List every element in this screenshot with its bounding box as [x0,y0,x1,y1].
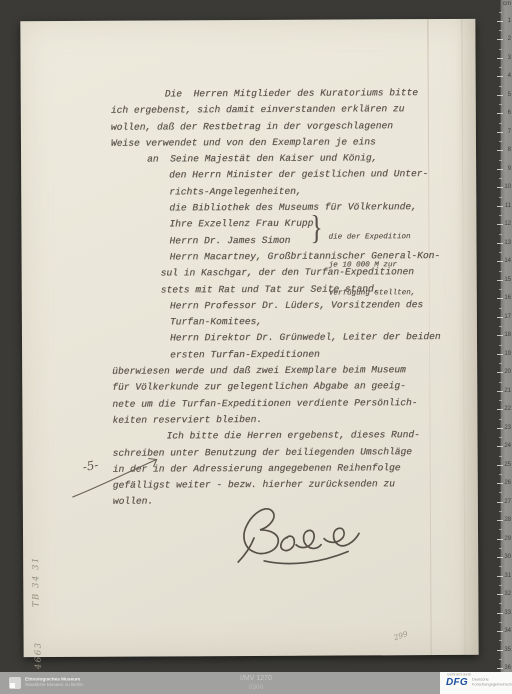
ruler-tick [497,113,503,114]
ruler-tick [497,354,503,355]
ruler-tick [497,539,503,540]
ruler-tick [497,372,503,373]
ruler-tick [497,76,503,77]
brace-note: die der Expedition je 10 000 M zur Verfü… [328,215,415,317]
ruler-minor-tick [499,659,502,660]
typed-line: ich ergebenst, sich damit einverstanden … [111,101,483,119]
ruler-cm-label: 11 [505,203,511,209]
ruler: cm 1234567891011121314151617181920212223… [500,0,512,672]
ruler-tick [497,335,503,336]
typed-line: Herrn Macartney, Großbritannischer Gener… [170,248,484,266]
ruler-cm-label: 8 [508,147,511,153]
ruler-tick [497,650,503,651]
typed-line: den Herrn Minister der geistlichen und U… [169,166,483,184]
ruler-minor-tick [499,160,502,161]
ruler-cm-label: 18 [504,332,511,338]
ruler-minor-tick [499,548,502,549]
ruler-cm-label: 21 [504,388,511,394]
ruler-cm-label: 19 [504,351,511,357]
museum-logo-icon [9,677,21,689]
ruler-cm-label: 35 [504,647,511,653]
pencil-page-number: -5- [69,448,169,505]
signature-bode [236,499,366,570]
ruler-cm-label: 5 [508,92,511,98]
ruler-cm-label: 16 [504,295,511,301]
ruler-minor-tick [499,474,502,475]
ruler-tick [497,409,503,410]
ruler-tick [497,261,503,262]
ruler-cm-label: 2 [508,36,511,42]
ruler-minor-tick [499,123,502,124]
typed-line: für Völkerkunde zur gelegentlichen Abgab… [112,378,484,396]
ruler-cm-label: 31 [504,573,511,579]
museum-logo: Ethnologisches Museum Staatliche Museen … [9,676,99,690]
ruler-cm-label: 32 [504,591,511,597]
ruler-cm-label: 30 [504,554,511,560]
pencil-page-number-text: -5- [82,458,100,475]
ruler-minor-tick [499,326,502,327]
ruler-cm-label: 25 [504,462,511,468]
ruler-tick [497,21,503,22]
ruler-tick [497,668,503,669]
ruler-tick [497,428,503,429]
brace-note-line: je 10 000 M zur [329,261,416,271]
ruler-cm-label: 36 [504,665,511,671]
typed-line: stets mit Rat und Tat zur Seite stand, [161,280,484,298]
dfg-funding-label: Gefördert durch [447,673,471,676]
ruler-minor-tick [499,566,502,567]
ruler-tick [497,613,503,614]
ruler-minor-tick [499,104,502,105]
ruler-minor-tick [499,511,502,512]
ruler-cm-label: 23 [504,425,511,431]
ruler-minor-tick [499,197,502,198]
dfg-acronym: DFG [446,677,468,688]
ruler-tick [497,150,503,151]
ruler-cm-label: 29 [504,536,511,542]
ruler-minor-tick [499,12,502,13]
ruler-minor-tick [499,234,502,235]
ruler-tick [497,95,503,96]
typed-line: wollen, daß der Restbetrag in der vorges… [111,117,483,135]
ruler-tick [497,280,503,281]
ruler-minor-tick [499,289,502,290]
ruler-tick [497,576,503,577]
ruler-minor-tick [499,252,502,253]
ruler-cm-label: 7 [508,129,511,135]
typed-line: richts-Angelegenheiten, [169,183,483,201]
typed-line: an Seine Majestät den Kaiser und König, [147,150,483,168]
ruler-minor-tick [499,30,502,31]
ruler-minor-tick [499,529,502,530]
ruler-cm-label: 12 [504,221,511,227]
typed-line: überwiesen werde und daß zwei Exemplare … [112,362,484,380]
ruler-minor-tick [499,345,502,346]
ruler-cm-label: 26 [504,480,511,486]
ruler-cm-label: 9 [508,166,511,172]
ruler-minor-tick [499,271,502,272]
ruler-cm-label: 10 [504,184,511,190]
ruler-tick [497,58,503,59]
ruler-tick [497,483,503,484]
ruler-tick [497,187,503,188]
ruler-minor-tick [499,178,502,179]
scan-viewport: Die Herren Mitglieder des Kuratoriums bi… [0,0,512,694]
typed-line: Herrn Direktor Dr. Grünwedel, Leiter der… [170,329,484,347]
ruler-minor-tick [499,437,502,438]
ruler-tick [497,132,503,133]
ruler-cm-label: 20 [504,369,511,375]
ruler-tick [497,594,503,595]
ruler-minor-tick [499,456,502,457]
brace-note-line: Verfügung stellten, [329,289,416,299]
ruler-cm-label: 27 [504,499,511,505]
dfg-org-line: Forschungsgemeinschaft [472,682,512,686]
ruler-cm-label: 28 [504,517,511,523]
typed-line: keiten reserviert bleiben. [112,411,484,429]
typed-line: Herrn Dr. James Simon [169,231,483,249]
ruler-minor-tick [499,141,502,142]
ruler-minor-tick [499,382,502,383]
image-number: 0300 [106,683,406,692]
ruler-minor-tick [499,363,502,364]
typed-line: ersten Turfan-Expeditionen [170,346,484,364]
typed-line: Ihre Exzellenz Frau Krupp [169,215,483,233]
ruler-minor-tick [499,86,502,87]
typed-line: nete um die Turfan-Expeditionen verdient… [112,394,484,412]
ruler-cm-label: 1 [508,18,511,24]
ruler-cm-label: 6 [508,110,511,116]
ruler-minor-tick [499,215,502,216]
ruler-cm-label: 3 [508,55,511,61]
ruler-cm-label: 17 [504,314,511,320]
ruler-tick [497,520,503,521]
typed-line: Weise verwendet und von den Exemplaren j… [111,134,483,152]
ruler-tick [497,391,503,392]
typed-line: sul in Kaschgar, der den Turfan-Expediti… [161,264,484,282]
dfg-logo: Gefördert durch DFG Deutsche Forschungsg… [440,672,512,694]
typed-line: Turfan-Komitees, [170,313,484,331]
ruler-cm-label: 13 [504,240,511,246]
margin-note-upper: TB 34 31 [31,556,41,607]
typed-line: Herrn Professor Dr. Lüders, Vorsitzenden… [170,297,484,315]
ruler-minor-tick [499,603,502,604]
typed-line: die Bibliothek des Museums für Völkerkun… [169,199,483,217]
brace-note-line: die der Expedition [328,234,415,244]
museum-parent-name: Staatliche Museen zu Berlin [25,683,83,688]
ruler-minor-tick [499,400,502,401]
ruler-tick [497,298,503,299]
ruler-minor-tick [499,492,502,493]
ruler-tick [497,317,503,318]
ruler-cm-label: 4 [508,73,511,79]
arrow-stroke [69,448,169,505]
brace-glyph: } [310,212,322,246]
ruler-tick [497,39,503,40]
ruler-tick [497,224,503,225]
ruler-tick [497,631,503,632]
ruler-minor-tick [499,585,502,586]
document-page: Die Herren Mitglieder des Kuratoriums bi… [20,19,478,657]
corner-note: 299 [393,629,409,642]
ruler-unit-label: cm [503,1,511,7]
ruler-tick [497,243,503,244]
ruler-minor-tick [499,622,502,623]
typed-text: Die Herren Mitglieder des Kuratoriums bi… [111,85,485,511]
footer-bar: Ethnologisches Museum Staatliche Museen … [0,672,512,694]
ruler-cm-label: 22 [504,406,511,412]
shelfmark: I/MV 1270 [106,674,406,683]
ruler-tick [497,446,503,447]
ruler-cm-label: 33 [504,610,511,616]
ruler-minor-tick [499,640,502,641]
ruler-tick [497,465,503,466]
typed-line: Ich bitte die Herren ergebenst, dieses R… [166,427,484,445]
margin-note-lower: 4663 [34,641,44,669]
ruler-minor-tick [499,67,502,68]
typed-line: Die Herren Mitglieder des Kuratoriums bi… [165,85,483,103]
ruler-cm-label: 15 [504,277,511,283]
ruler-cm-label: 24 [504,443,511,449]
ruler-minor-tick [499,308,502,309]
ruler-cm-label: 14 [504,258,511,264]
ruler-minor-tick [499,49,502,50]
ruler-tick [497,169,503,170]
ruler-tick [497,557,503,558]
ruler-minor-tick [499,419,502,420]
ruler-tick [497,206,503,207]
ruler-cm-label: 34 [504,628,511,634]
ruler-tick [497,502,503,503]
dfg-org-name: Deutsche Forschungsgemeinschaft [472,678,512,687]
